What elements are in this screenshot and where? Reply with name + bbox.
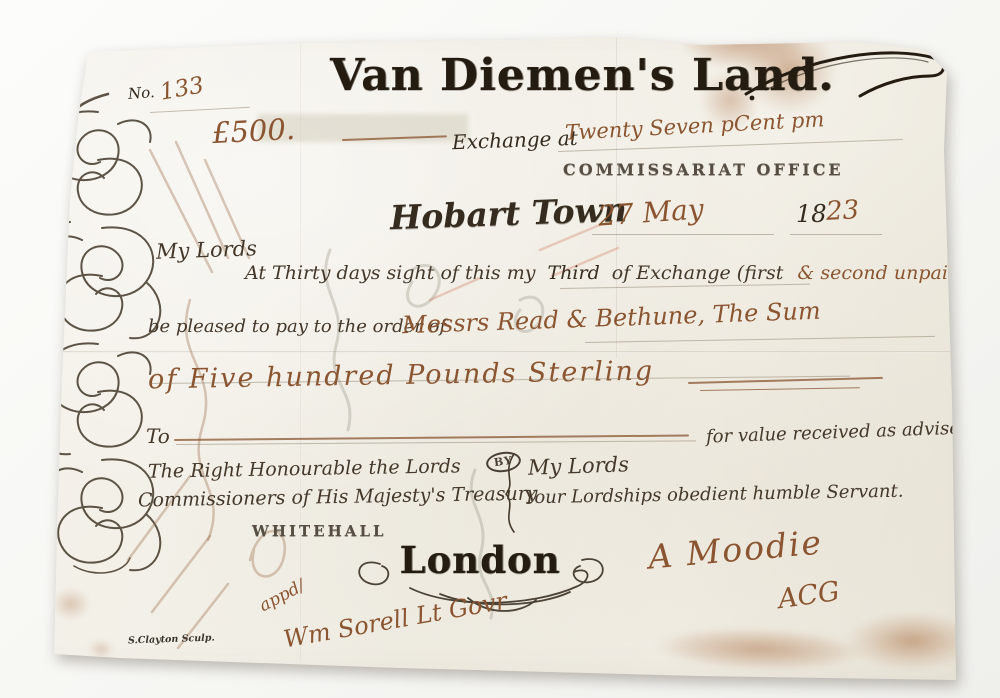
amount-dash — [342, 135, 447, 141]
stain-bottom-right-2 — [845, 612, 980, 670]
whitehall-label: WHITEHALL — [252, 522, 387, 540]
document-title: Van Diemen's Land. — [330, 50, 834, 101]
addressee-line1: The Right Honourable the Lords — [148, 455, 461, 482]
signature-title: ACG — [776, 576, 841, 615]
addressee-line2: Commissioners of His Majesty's Treasury — [138, 483, 538, 512]
erasure-smudge — [258, 114, 468, 142]
amount-value: £500. — [211, 112, 296, 150]
title-swash-flourish — [742, 46, 952, 108]
rule-sight — [560, 284, 810, 289]
pay-clause-printed: be pleased to pay to the order of — [148, 316, 446, 337]
office-name: COMMISSARIAT OFFICE — [563, 160, 844, 179]
date-year-printed: 18 — [796, 200, 827, 228]
signature-name: A Moodie — [647, 522, 825, 576]
by-badge: BY — [486, 450, 521, 472]
flourish-ornament — [34, 96, 166, 582]
sight-clause-written-2: & second unpaid) — [797, 262, 967, 284]
pay-clause-written: Messrs Read & Bethune, The Sum — [402, 297, 821, 340]
rule-number — [150, 107, 250, 113]
rule-exchange — [558, 139, 903, 152]
place-name: Hobart Town — [389, 190, 627, 237]
by-badge-text: BY — [485, 450, 522, 475]
value-received-clause: for value received as advised — [706, 417, 972, 447]
to-label: To — [146, 424, 170, 448]
fold-crease-horizontal — [55, 351, 955, 353]
rule-sum — [150, 376, 850, 384]
exchange-rate-value: Twenty Seven pCent pm — [565, 107, 825, 145]
rule-to — [176, 440, 696, 445]
ghost-scribbles — [0, 0, 1000, 698]
exchange-label: Exchange at — [452, 126, 578, 154]
paper-shadow: Van Diemen's Land. No. 133 £500. Exchang… — [0, 0, 1000, 698]
number-label: No. — [127, 83, 155, 103]
sight-clause-printed-2: of Exchange (first — [612, 262, 784, 284]
date-day-month: 27 May — [597, 192, 705, 232]
closing-line1: My Lords — [528, 452, 630, 480]
date-year-written: 23 — [825, 195, 860, 227]
document-scan: Van Diemen's Land. No. 133 £500. Exchang… — [0, 0, 1000, 698]
stain-bottom-left — [52, 588, 90, 620]
endorsement-signature: Wm Sorell Lt Govr — [281, 587, 509, 654]
sight-clause-line: At Thirty days sight of this my Third of… — [245, 262, 967, 284]
sum-line: of Five hundred Pounds Sterling — [148, 356, 655, 396]
stain-bottom-right-band — [654, 624, 865, 673]
stain-corner — [920, 28, 950, 52]
fold-crease-vertical — [616, 38, 618, 358]
rule-year — [790, 234, 882, 235]
closing-line2: Your Lordships obedient humble Servant. — [524, 481, 904, 509]
stain-top-right-3 — [700, 70, 760, 130]
bill-of-exchange-paper: Van Diemen's Land. No. 133 £500. Exchang… — [0, 0, 1000, 698]
engraver-credit: S.Clayton Sculp. — [128, 632, 215, 646]
sterling-dash-1 — [688, 377, 883, 384]
stain-top-right — [678, 4, 808, 70]
stain-top-right-2 — [742, 26, 837, 114]
to-fill-line — [174, 435, 689, 441]
endorsement-approved: appd/ — [256, 576, 308, 616]
london-flourish — [350, 546, 610, 606]
rule-pay — [585, 336, 935, 343]
rule-date — [592, 234, 774, 235]
closing-brace-flourish — [498, 452, 522, 534]
salutation: My Lords — [156, 236, 258, 264]
sterling-dash-2 — [700, 387, 860, 391]
number-value: 133 — [158, 72, 206, 105]
sight-clause-written-1: Third — [548, 262, 600, 284]
london-block: London — [350, 538, 610, 582]
fold-crease-vertical-2 — [300, 42, 302, 662]
sight-clause-printed-1: At Thirty days sight of this my — [245, 262, 535, 284]
stain-bottom-left-2 — [88, 640, 114, 658]
london-label: London — [399, 538, 560, 582]
